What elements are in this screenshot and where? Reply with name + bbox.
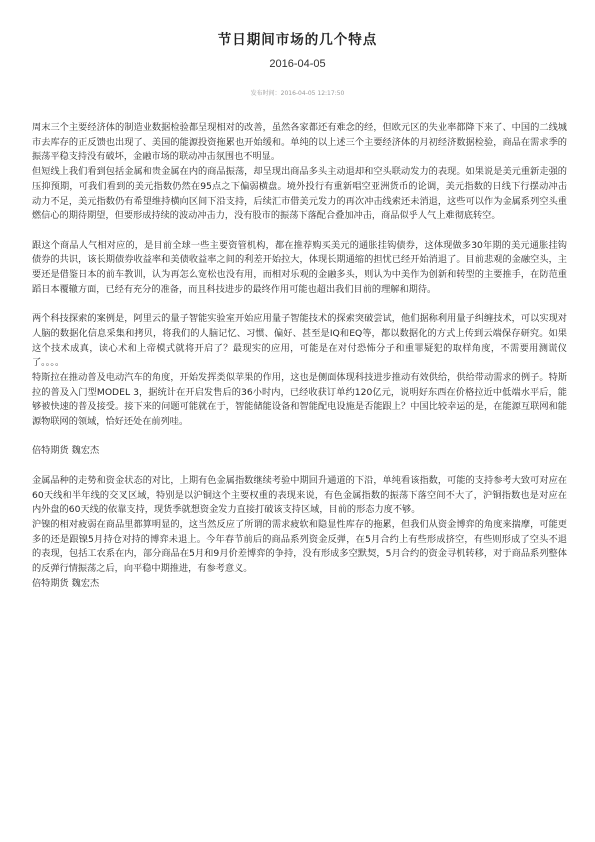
publish-time: 发布时间：2016-04-05 12:17:50 xyxy=(0,88,595,97)
paragraph-3: 跟这个商品人气相对应的，是目前全球一些主要资管机构，都在推荐购买美元的通胀挂钩债… xyxy=(32,239,567,298)
article-body: 周末三个主要经济体的制造业数据检验都呈现相对的改善，虽然各家都还有难念的经，但欧… xyxy=(32,121,567,591)
spacer xyxy=(32,224,567,239)
spacer xyxy=(32,459,567,474)
spacer xyxy=(32,297,567,312)
paragraph-6: 金属品种的走势和资金状态的对比，上期有色金属指数继续考验中期回升通道的下沿，单纯… xyxy=(32,474,567,518)
paragraph-2: 但短线上我们看到包括金属和贵金属在内的商品振荡，却呈现出商品多头主动退却和空头联… xyxy=(32,165,567,224)
paragraph-4: 两个科技探索的案例是，阿里云的量子智能实验室开始应用量子智能技术的探索突破尝试，… xyxy=(32,312,567,371)
article-date: 2016-04-05 xyxy=(0,58,595,70)
spacer xyxy=(32,430,567,445)
article-title: 节日期间市场的几个特点 xyxy=(0,28,595,48)
author-signature-2: 倍特期货 魏宏杰 xyxy=(32,577,567,592)
paragraph-5: 特斯拉在推动普及电动汽车的角度，开始发挥类似苹果的作用，这也是侧面体现科技进步推… xyxy=(32,371,567,430)
author-signature-1: 倍特期货 魏宏杰 xyxy=(32,444,567,459)
paragraph-7: 沪镍的相对疲弱在商品里都算明显的，这当然反应了所谓的需求疲软和隐显性库存的拖累，… xyxy=(32,518,567,577)
paragraph-1: 周末三个主要经济体的制造业数据检验都呈现相对的改善，虽然各家都还有难念的经，但欧… xyxy=(32,121,567,165)
